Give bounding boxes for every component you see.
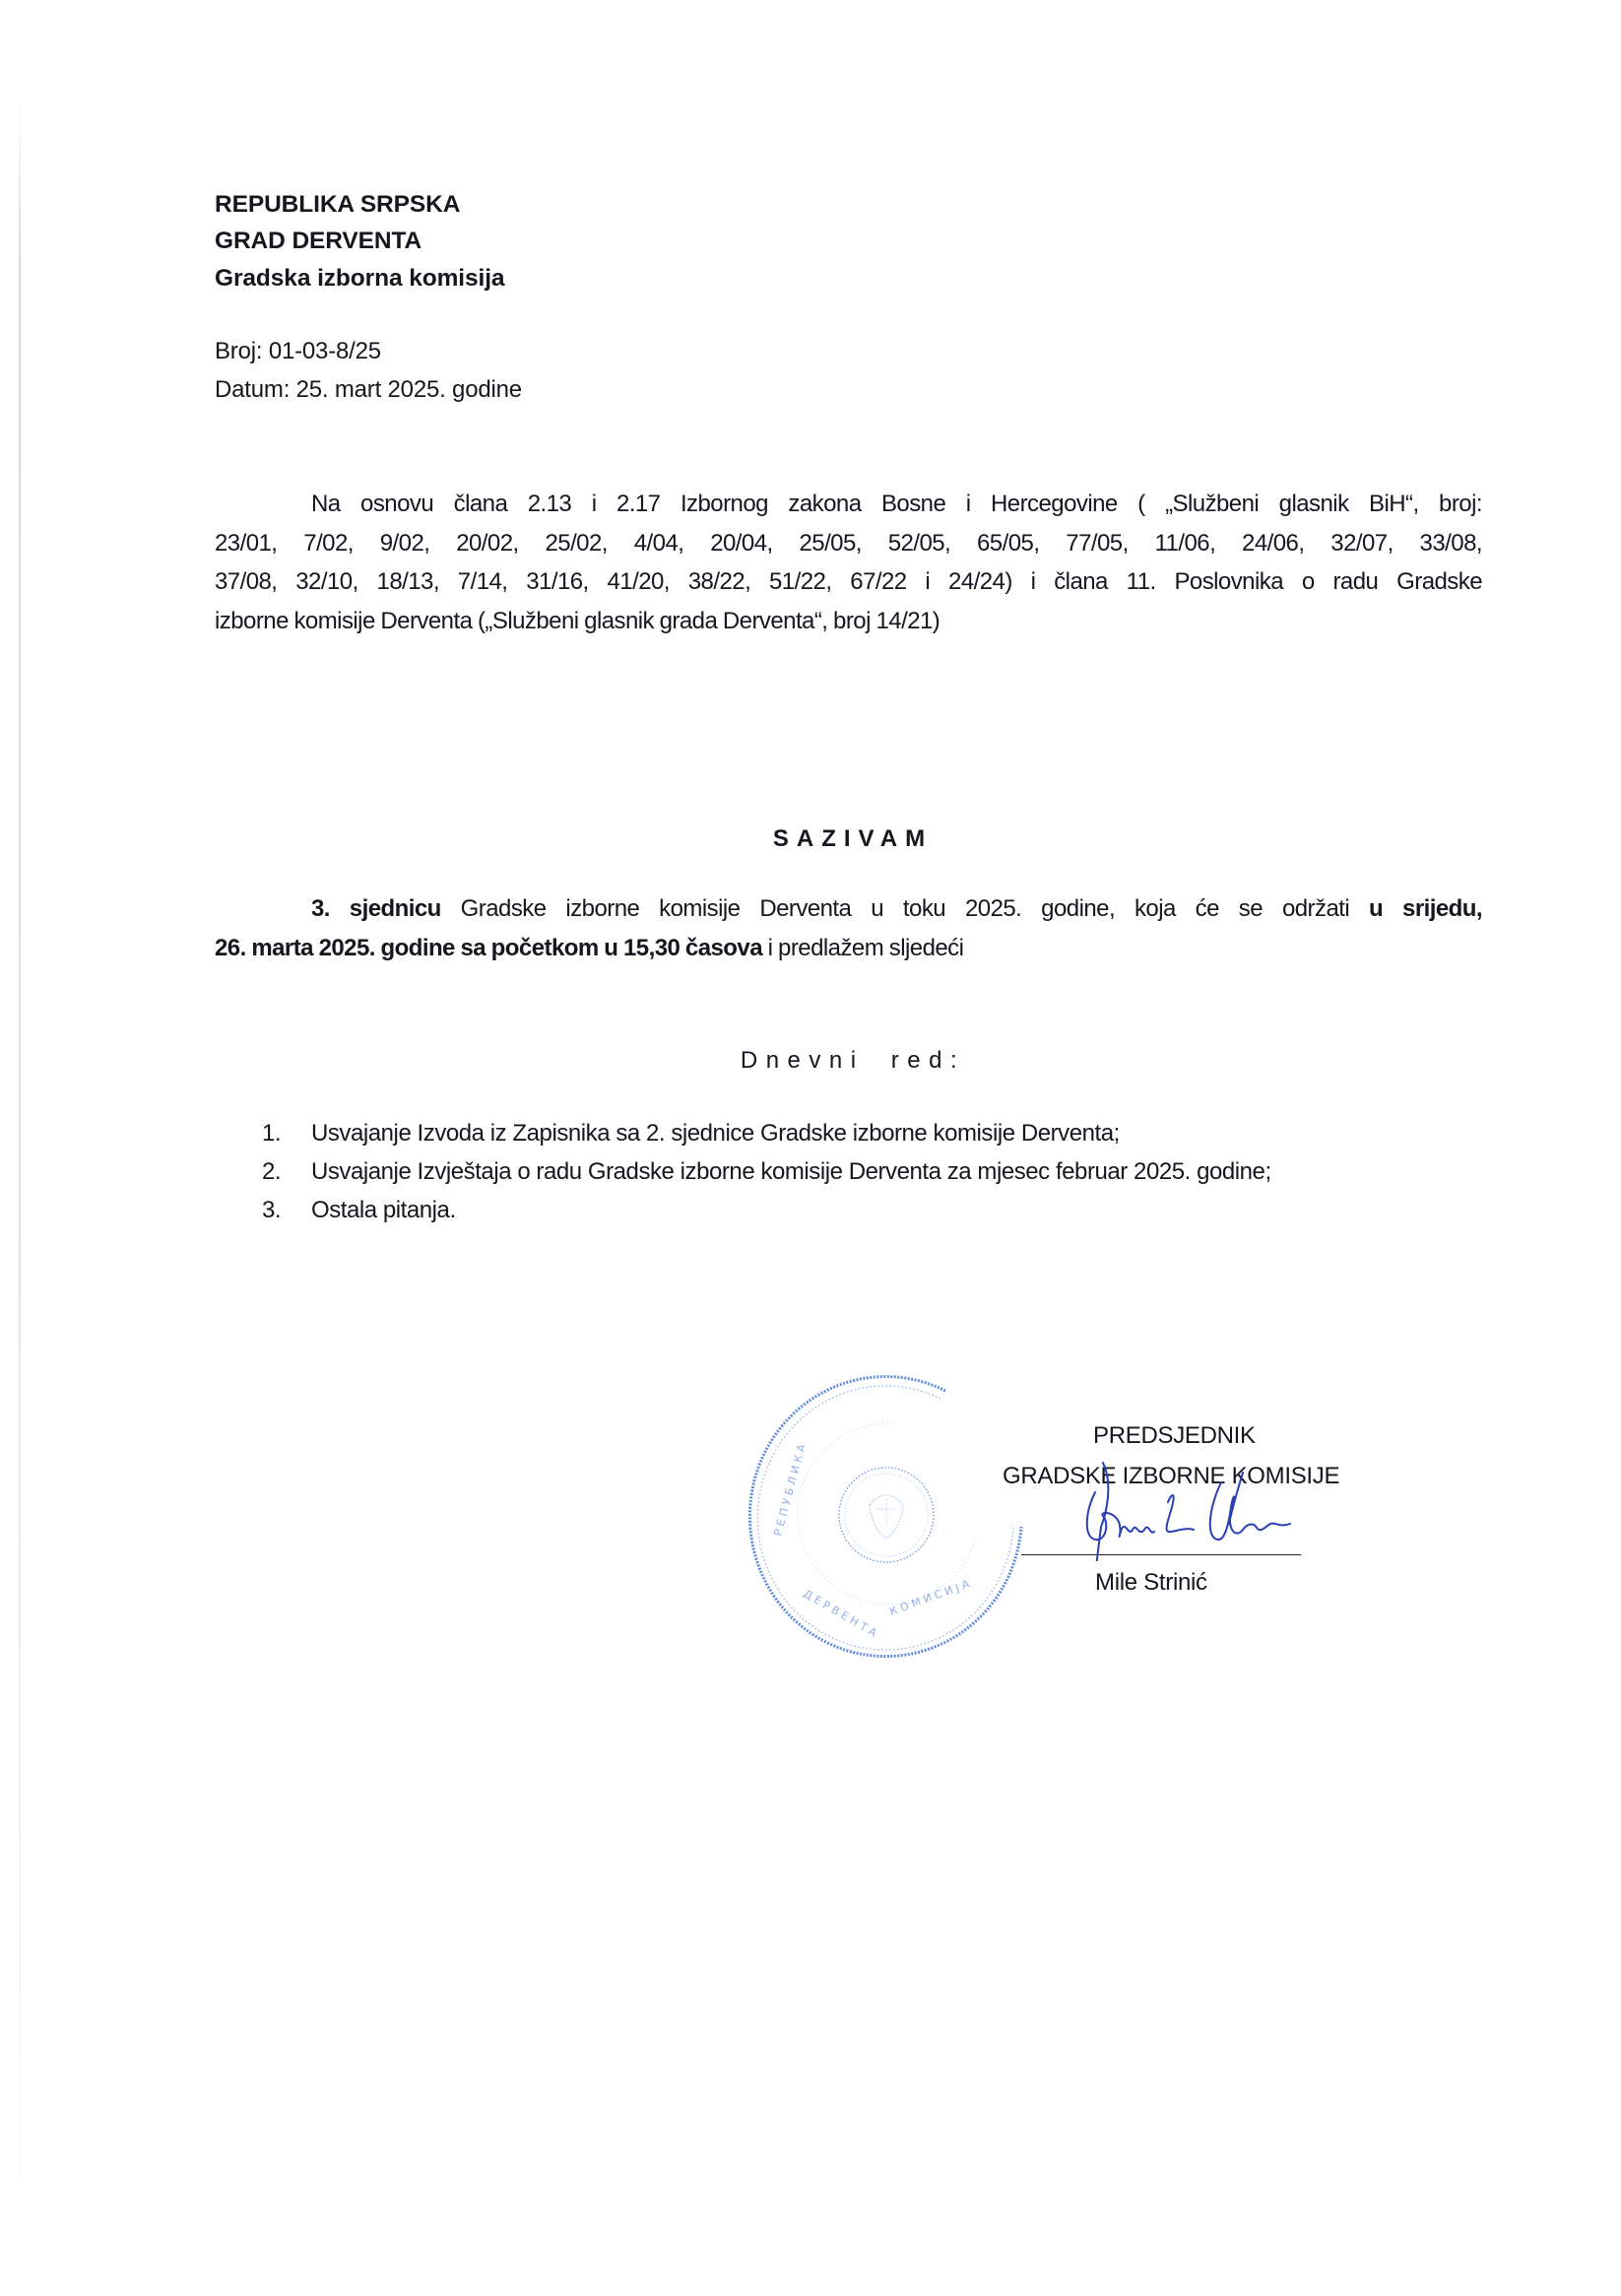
- handwritten-signature-icon: [1073, 1453, 1310, 1561]
- convocation-title: SAZIVAM: [0, 824, 1621, 854]
- agenda-item-text: Usvajanje Izvještaja o radu Gradske izbo…: [311, 1158, 1271, 1185]
- signatory-title: PREDSJEDNIK: [1093, 1421, 1256, 1451]
- agenda-item-number: 3.: [262, 1191, 281, 1229]
- convocation-text: Gradske izborne komisije Derventa u toku…: [441, 895, 1369, 922]
- preamble-line: 23/01, 7/02, 9/02, 20/02, 25/02, 4/04, 2…: [215, 524, 1482, 563]
- svg-text:Р Е П У Б Л И К А: Р Е П У Б Л И К А: [771, 1442, 809, 1537]
- agenda-title: Dnevni red:: [0, 1046, 1621, 1076]
- preamble-line: 37/08, 32/10, 18/13, 7/14, 31/16, 41/20,…: [215, 562, 1482, 602]
- session-number: 3. sjednicu: [311, 895, 441, 922]
- agenda-list: 1.Usvajanje Izvoda iz Zapisnika sa 2. sj…: [260, 1114, 1271, 1229]
- session-datetime: 26. marta 2025. godine sa početkom u 15,…: [215, 935, 762, 961]
- agenda-item-text: Ostala pitanja.: [311, 1197, 456, 1223]
- agenda-item-number: 2.: [262, 1152, 281, 1191]
- signatory-name: Mile Strinić: [1095, 1568, 1207, 1598]
- svg-text:К О М И С И Ј А: К О М И С И Ј А: [888, 1577, 972, 1618]
- convocation-line-1: 3. sjednicu Gradske izborne komisije Der…: [215, 889, 1482, 929]
- convocation-line-2: 26. marta 2025. godine sa početkom u 15,…: [215, 929, 1482, 968]
- header-commission: Gradska izborna komisija: [215, 264, 504, 294]
- document-number: Broj: 01-03-8/25: [215, 337, 381, 366]
- convocation-paragraph: 3. sjednicu Gradske izborne komisije Der…: [215, 889, 1482, 967]
- agenda-item: 3.Ostala pitanja.: [260, 1191, 1271, 1229]
- session-day: u srijedu,: [1369, 895, 1482, 922]
- agenda-item: 2.Usvajanje Izvještaja o radu Gradske iz…: [260, 1152, 1271, 1191]
- agenda-item: 1.Usvajanje Izvoda iz Zapisnika sa 2. sj…: [260, 1114, 1271, 1152]
- agenda-item-text: Usvajanje Izvoda iz Zapisnika sa 2. sjed…: [311, 1120, 1120, 1147]
- preamble-line: Na osnovu člana 2.13 i 2.17 Izbornog zak…: [215, 485, 1482, 524]
- document-date: Datum: 25. mart 2025. godine: [215, 375, 522, 405]
- scan-artifact-line: [19, 98, 21, 2216]
- agenda-item-number: 1.: [262, 1114, 281, 1152]
- svg-text:Д Е Р В Е Н Т А: Д Е Р В Е Н Т А: [802, 1587, 879, 1639]
- preamble-line: izborne komisije Derventa („Službeni gla…: [215, 602, 1482, 641]
- legal-basis-paragraph: Na osnovu člana 2.13 i 2.17 Izbornog zak…: [215, 485, 1482, 640]
- convocation-text-end: i predlažem sljedeći: [762, 935, 963, 961]
- header-city: GRAD DERVENTA: [215, 227, 421, 256]
- header-country: REPUBLIKA SRPSKA: [215, 190, 460, 220]
